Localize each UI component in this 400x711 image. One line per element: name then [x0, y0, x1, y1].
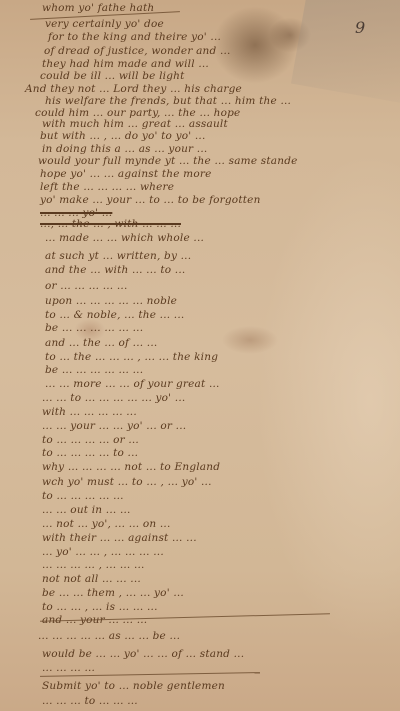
- text-line: to ... ... ... ... or ...: [42, 434, 139, 446]
- text-line: ... ... ... ... ... as ... ... be ...: [38, 630, 180, 642]
- text-line: ... ... your ... ... yo' ... or ...: [42, 420, 186, 432]
- text-line: and the ... with ... ... to ...: [45, 264, 185, 276]
- text-line: and ... the ... of ... ...: [45, 337, 157, 349]
- manuscript-page: 9 whom yo' fathe hath very certainly yo'…: [0, 0, 400, 711]
- paper-fold-shadow: [291, 0, 400, 115]
- text-line: would be ... ... yo' ... ... of ... stan…: [42, 648, 244, 660]
- text-line: be ... ... them , ... ... yo' ...: [42, 587, 184, 599]
- text-line: his welfare the frends, but that ... him…: [45, 95, 291, 107]
- text-line: with ... ... ... ... ...: [42, 406, 137, 418]
- text-line: ... ... to ... ... ... ... ... yo' ...: [42, 392, 185, 404]
- text-line: ... ... ... ... , ... ... ...: [42, 559, 145, 571]
- text-line: ... ... ... ...: [42, 662, 95, 674]
- text-line: but with ... , ... do yo' to yo' ...: [40, 130, 206, 142]
- text-line: with their ... ... against ... ...: [42, 532, 197, 544]
- text-line: they had him made and will ...: [42, 58, 209, 70]
- folio-number: 9: [355, 18, 365, 37]
- text-line: would your full mynde yt ... the ... sam…: [38, 155, 298, 167]
- text-line: to ... the ... ... ... , ... ... the kin…: [45, 351, 218, 363]
- text-line: Submit yo' to ... noble gentlemen: [42, 680, 225, 692]
- text-line: upon ... ... ... ... ... noble: [45, 295, 177, 307]
- text-line: could be ill ... will be light: [40, 70, 185, 82]
- text-line: left the ... ... ... ... where: [40, 181, 174, 193]
- text-line: ... ... ... to ... ... ...: [42, 695, 138, 707]
- text-line: ... yo' ... ... , ... ... ... ...: [42, 546, 164, 558]
- text-line: of dread of justice, wonder and ...: [44, 45, 231, 57]
- text-line: wch yo' must ... to ... , ... yo' ...: [42, 476, 212, 488]
- text-line: or ... ... ... ... ...: [45, 280, 128, 292]
- text-line: be ... ... ... ... ... ...: [45, 364, 143, 376]
- text-line: very certainly yo' doe: [45, 18, 164, 30]
- text-line: ... made ... ... which whole ...: [45, 232, 204, 244]
- text-line: ... ... more ... ... of your great ...: [45, 378, 220, 390]
- text-line: ... not ... yo', ... ... on ...: [42, 518, 171, 530]
- text-line: at such yt ... written, by ...: [45, 250, 191, 262]
- text-line: ... ... out in ... ...: [42, 504, 131, 516]
- text-line: to ... & noble, ... the ... ...: [45, 309, 184, 321]
- text-line: And they not ... Lord they ... his charg…: [25, 83, 242, 95]
- text-line: with much him ... great ... assault: [42, 118, 228, 130]
- text-line: whom yo' fathe hath: [42, 2, 154, 14]
- text-line: for to the king and theire yo' ...: [48, 31, 221, 43]
- text-line: yo' make ... your ... to ... to be forgo…: [40, 194, 261, 206]
- text-line: why ... ... ... ... not ... to England: [42, 461, 220, 473]
- text-line: not not all ... ... ...: [42, 573, 141, 585]
- text-line: be ... ... ... ... ... ...: [45, 322, 143, 334]
- text-line: to ... ... ... ... ...: [42, 490, 124, 502]
- struck-text-line: ..., ... the ... , with ... ... ...: [40, 218, 181, 230]
- text-line: hope yo' ... ... against the more: [40, 168, 212, 180]
- text-line: to ... ... , ... is ... ... ...: [42, 601, 158, 613]
- text-line: to ... ... ... ... to ...: [42, 447, 138, 459]
- text-line: in doing this a ... as ... your ...: [42, 143, 207, 155]
